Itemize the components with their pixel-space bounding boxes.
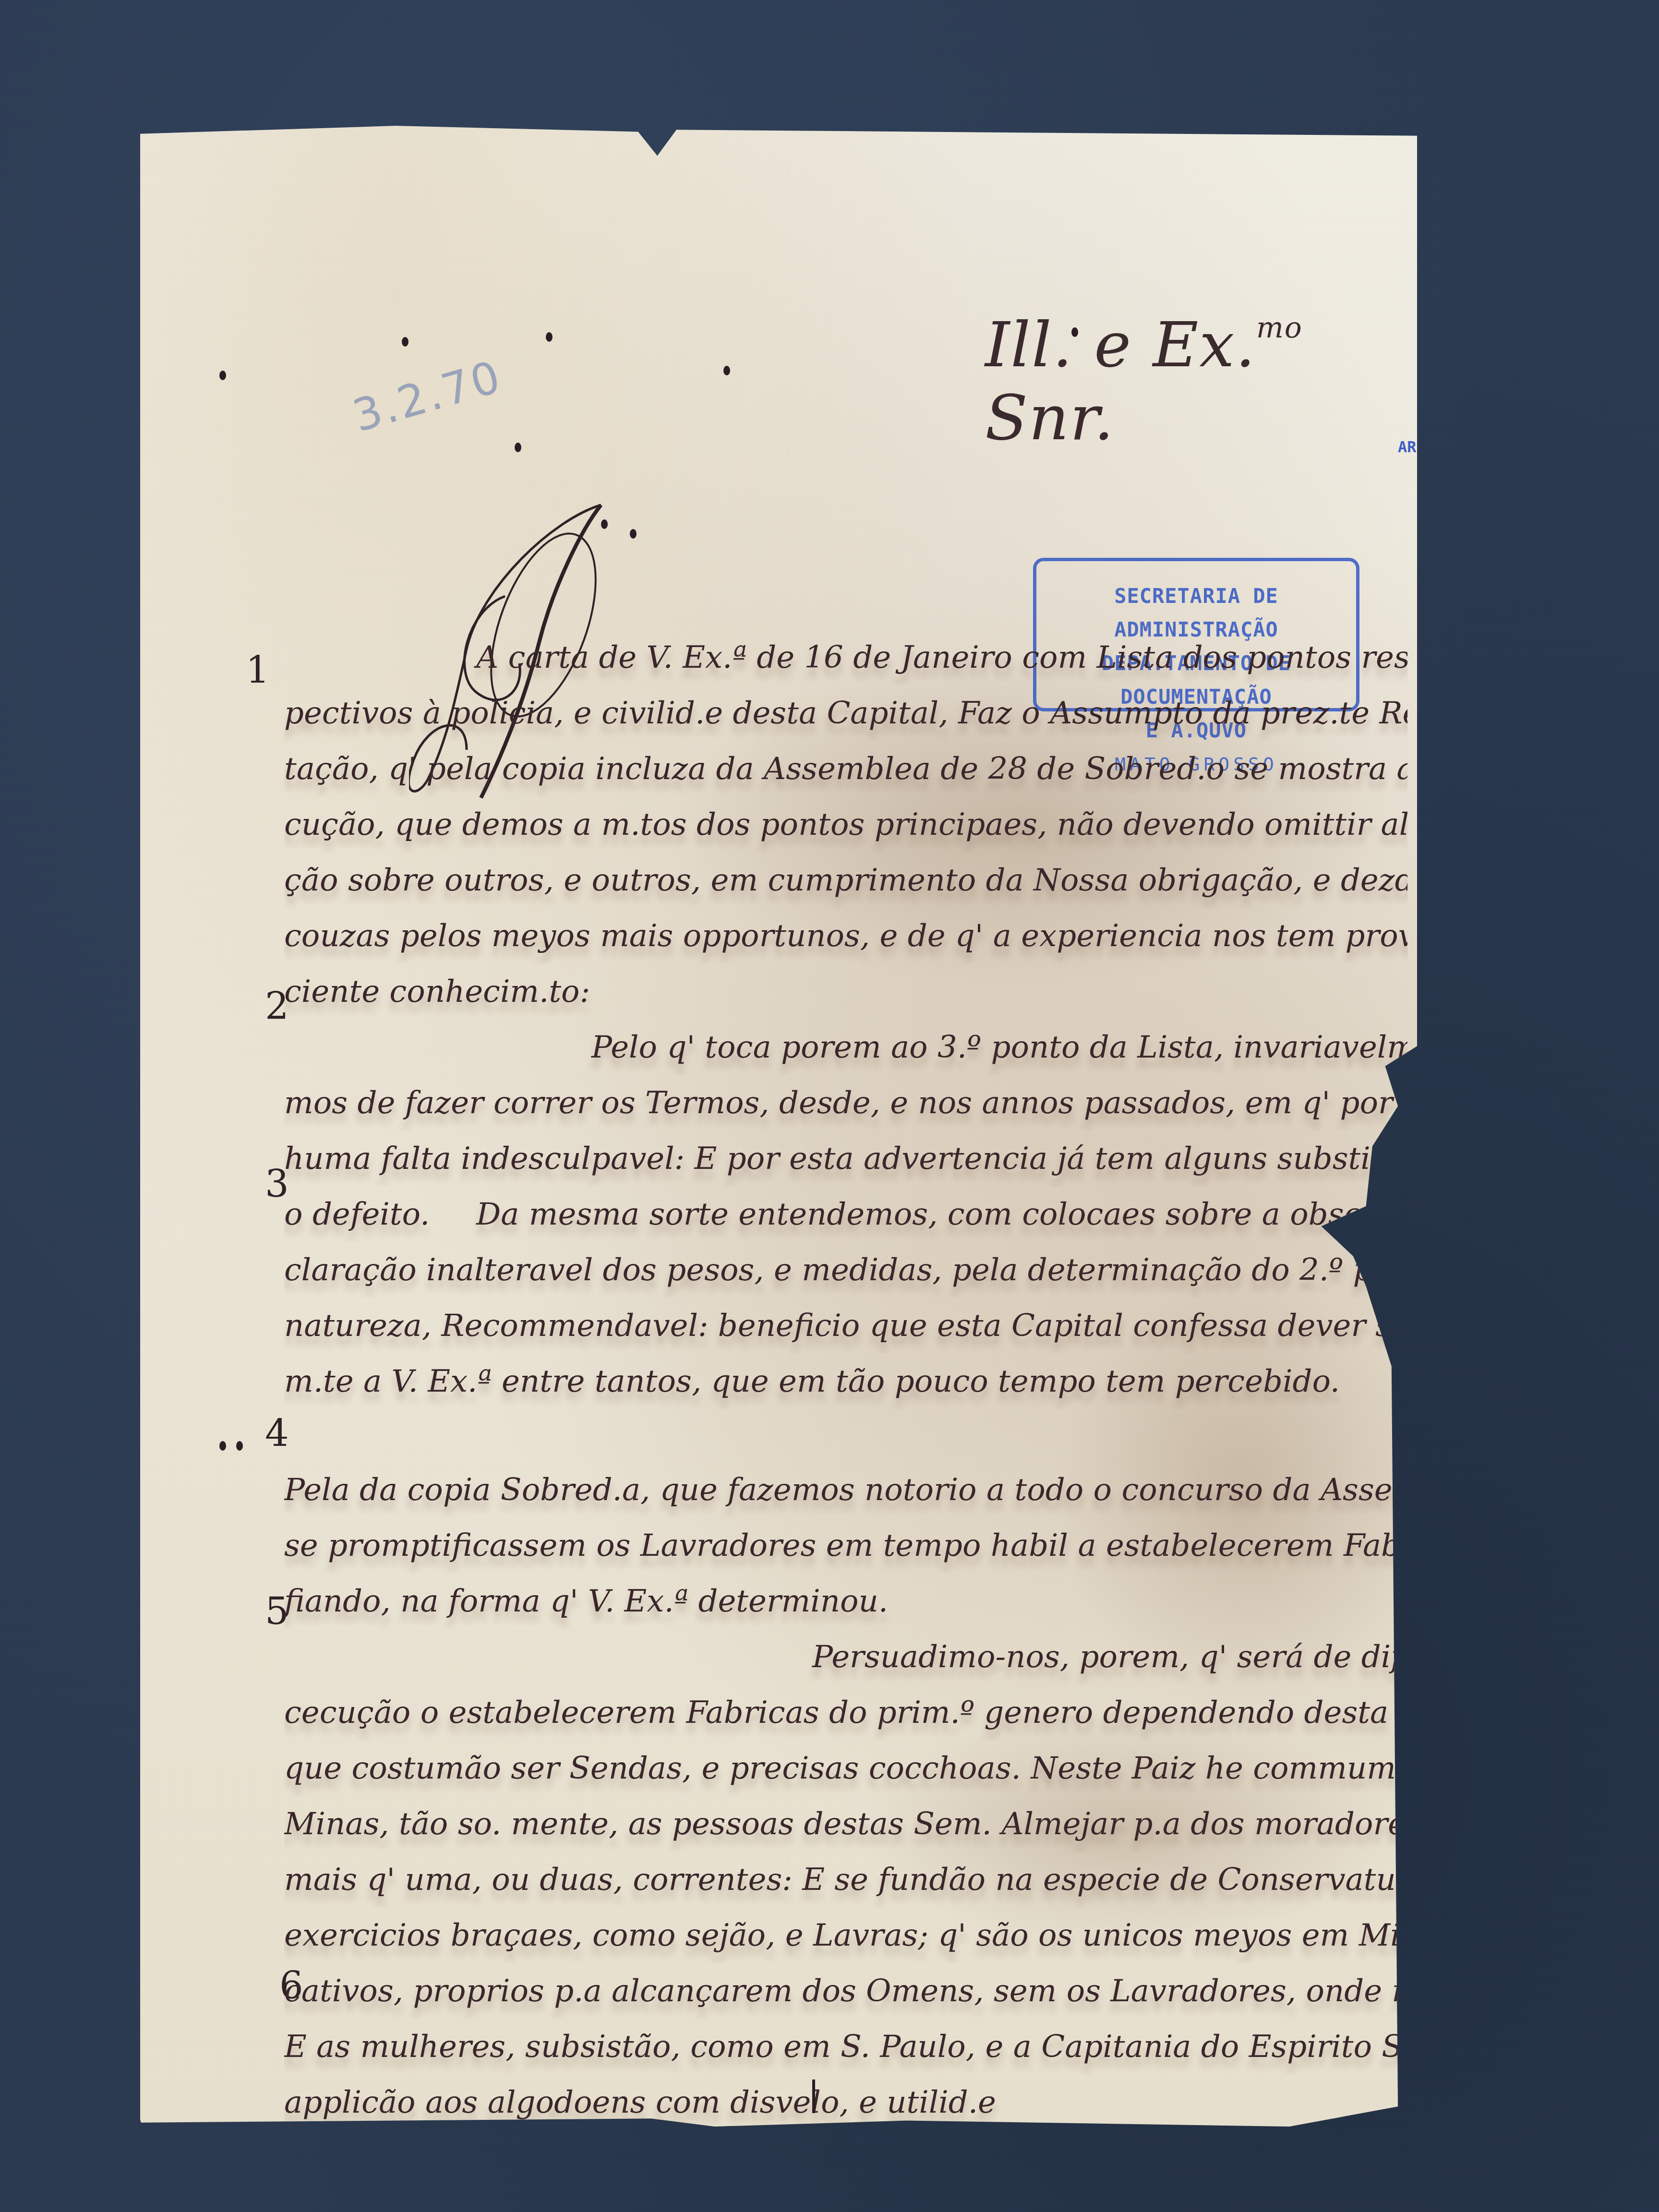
ink-blot [219,1441,226,1451]
salutation-text: Ill. e Ex. [985,308,1256,381]
salutation-sup: mo [1256,311,1303,345]
text-line: exercicios braçaes, como sejão, e Lavras… [284,1908,1407,1963]
text-line: Igualm.te fazendo entender-se [284,2130,1407,2186]
text-line: Persuadimo-nos, porem, q' será de diffic… [284,1629,1407,1685]
stamp-fragment: AR [1398,438,1417,456]
fold-mark [812,2080,815,2113]
letter-body: A carta de V. Ex.ª de 16 de Janeiro com … [284,630,1407,2186]
text-line: cativos, proprios p.a alcançarem dos Ome… [284,1963,1407,2019]
text-line: mos de fazer correr os Termos, desde, e … [284,1075,1407,1131]
text-line: cução, que demos a m.tos dos pontos prin… [284,797,1407,853]
ink-blot [723,366,730,375]
text-line: fiando, na forma q' V. Ex.ª determinou. [284,1574,1407,1629]
text-line: Da mesma sorte entendemos, com colocaes … [284,1187,1407,1242]
ink-blot [601,519,608,529]
text-line: m.te a V. Ex.ª entre tantos, que em tão … [284,1354,1407,1409]
salutation-tail: Snr. [985,381,1115,454]
salutation-heading: Ill. e Ex.mo Snr. [985,308,1417,454]
ink-blot [546,332,553,342]
text-line: couzas pelos meyos mais opportunos, e de… [284,908,1407,964]
text-line: se promptificassem os Lavradores em temp… [284,1518,1407,1574]
text-line: E as mulheres, subsistão, como em S. Pau… [284,2019,1407,2075]
text-line: applicão aos algodoens com disvelo, e ut… [284,2075,1407,2130]
text-line: Pelo q' toca porem ao 3.º ponto da Lista… [284,1020,1407,1075]
ink-blot [515,443,521,452]
text-line: huma falta indesculpavel: E por esta adv… [284,1131,1407,1187]
ink-blot [630,529,637,539]
text-line: ciente conhecim.to: [284,964,1407,1020]
text-line: Pela da copia Sobred.a, que fazemos noto… [284,1462,1407,1518]
ink-blot [219,371,226,380]
text-line: claração inalteravel dos pesos, e medida… [284,1242,1407,1298]
ink-blot [236,1441,243,1451]
ink-blot [1071,327,1078,337]
text-line: mais q' uma, ou duas, correntes: E se fu… [284,1852,1407,1908]
text-line: Minas, tão so. mente, as pessoas destas … [284,1796,1407,1852]
text-line: pectivos à policia, e civilid.e desta Ca… [284,685,1407,741]
text-line: cecução o estabelecerem Fabricas do prim… [284,1685,1407,1741]
text-line: que costumão ser Sendas, e precisas cocc… [284,1741,1407,1796]
manuscript-page: 3.2.70 Ill. e Ex.mo Snr. AR SECRETARIA D… [140,126,1417,2127]
text-line: natureza, Recommendavel: beneficio que e… [284,1298,1407,1354]
text-line: ção sobre outros, e outros, em cumprimen… [284,853,1407,908]
pencil-annotation: 3.2.70 [347,350,507,442]
paragraph-number: 1 [246,649,270,692]
ink-blot [402,337,409,347]
text-line: A carta de V. Ex.ª de 16 de Janeiro com … [284,630,1407,685]
text-line: tação, q' pela copia incluza da Assemble… [284,741,1407,797]
